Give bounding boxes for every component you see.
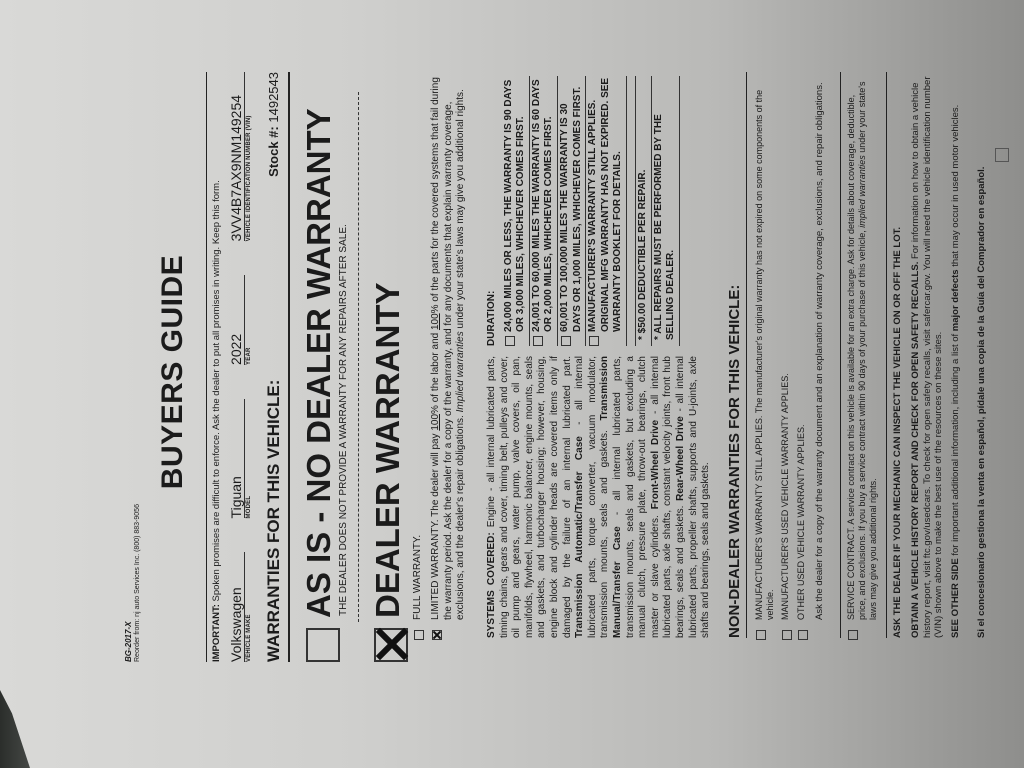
- duration-label: DURATION:: [486, 76, 499, 346]
- fwd-label: Front-Wheel Drive: [650, 420, 661, 509]
- non-dealer-label: MANUFACTURER'S USED VEHICLE WARRANTY APP…: [780, 373, 792, 620]
- duration-option: MANUFACTURER'S WARRANTY STILL APPLIES. O…: [586, 76, 627, 346]
- corner-checkbox: [995, 148, 1009, 162]
- spanish-note: Si el concesionario gestiona la venta en…: [976, 76, 988, 638]
- stock-number: Stock #: 1492543: [266, 72, 281, 177]
- photo-shadow: [0, 690, 30, 768]
- dotted-divider: [358, 92, 359, 622]
- duration-option: 24,001 TO 60,000 MILES THE WARRANTY IS 6…: [530, 76, 558, 346]
- duration-checkbox[interactable]: [589, 336, 599, 346]
- duration-extra-terms: * $50.00 DEDUCTIBLE PER REPAIR. * ALL RE…: [635, 76, 680, 346]
- important-text: Spoken promises are difficult to enforce…: [211, 180, 222, 601]
- as-is-title: AS IS - NO DEALER WARRANTY: [300, 108, 338, 618]
- divider: [840, 72, 841, 638]
- selling-dealer-term: * ALL REPAIRS MUST BE PERFORMED BY THE S…: [652, 76, 680, 346]
- systems-covered: SYSTEMS COVERED: Engine - all internal l…: [486, 356, 713, 638]
- non-dealer-checkbox[interactable]: [756, 630, 766, 640]
- non-dealer-checkbox[interactable]: [782, 630, 792, 640]
- engine-label: Engine: [486, 496, 497, 527]
- limited-warranty-text: LIMITED WARRANTY. The dealer will pay 10…: [430, 76, 468, 620]
- vehicle-make-field: Volkswagen VEHICLE MAKE: [228, 552, 252, 662]
- other-side-text-a: for important additional information, in…: [950, 334, 961, 556]
- history-label: OBTAIN A VEHICLE HISTORY REPORT AND CHEC…: [910, 262, 921, 638]
- vehicle-year-field: 2022 YEAR: [228, 275, 252, 365]
- duration-text: 60,001 TO 100,000 MILES THE WARRANTY IS …: [559, 76, 584, 332]
- as-is-option: AS IS - NO DEALER WARRANTY THE DEALER DO…: [300, 108, 349, 662]
- page-title: BUYERS GUIDE: [156, 62, 190, 682]
- major-defects: major defects: [950, 269, 961, 331]
- vin-label: VEHICLE IDENTIFICATION NUMBER (VIN): [244, 72, 252, 241]
- dealer-warranty-title: DEALER WARRANTY: [369, 283, 407, 619]
- vin-field: 3VV4B7AX9NM149254 VEHICLE IDENTIFICATION…: [228, 72, 252, 241]
- rwd-label: Rear-Wheel Drive: [675, 416, 686, 501]
- stock-label: Stock #:: [266, 126, 281, 177]
- duration-checkbox[interactable]: [561, 336, 571, 346]
- other-side-text-b: that may occur in used motor vehicles.: [950, 105, 961, 267]
- service-implied: implied warranties: [857, 155, 867, 228]
- important-label: IMPORTANT:: [211, 604, 222, 662]
- service-contract-checkbox[interactable]: [848, 630, 858, 640]
- vehicle-make-label: VEHICLE MAKE: [244, 552, 252, 662]
- systems-label: SYSTEMS COVERED:: [486, 532, 497, 638]
- full-warranty-option: FULL WARRANTY.: [412, 76, 425, 640]
- non-dealer-option: OTHER USED VEHICLE WARRANTY APPLIES.: [796, 76, 808, 640]
- trans-label: Transmission Automatic/Transfer Case: [574, 436, 585, 638]
- limited-warranty-checkbox[interactable]: [432, 630, 442, 640]
- vehicle-make: Volkswagen: [228, 552, 244, 662]
- duration-text: 24,001 TO 60,000 MILES THE WARRANTY IS 6…: [531, 76, 556, 332]
- non-dealer-title: NON-DEALER WARRANTIES FOR THIS VEHICLE:: [726, 285, 743, 638]
- implied-warranties: Implied warranties: [455, 331, 466, 412]
- limited-text-a: The dealer will pay: [430, 433, 441, 516]
- vin: 3VV4B7AX9NM149254: [228, 72, 244, 241]
- vehicle-model-label: MODEL: [244, 399, 252, 519]
- non-dealer-option: MANUFACTURER'S WARRANTY STILL APPLIES. T…: [754, 76, 776, 640]
- limited-text-b: % of the labor and: [430, 333, 441, 414]
- divider: [746, 72, 747, 638]
- limited-text-d: under your state's laws may give you add…: [455, 89, 466, 328]
- buyers-guide-page: BG-2017-X Reorder from: nj auto Services…: [114, 62, 994, 682]
- duration-section: DURATION: 24,000 MILES OR LESS, THE WARR…: [486, 76, 680, 346]
- other-side-note: SEE OTHER SIDE for important additional …: [950, 76, 962, 638]
- full-warranty-label: FULL WARRANTY.: [412, 535, 425, 620]
- duration-option: 24,000 MILES OR LESS, THE WARRANTY IS 90…: [502, 76, 530, 346]
- vehicle-model-field: Tiguan MODEL: [228, 399, 252, 519]
- history-note: OBTAIN A VEHICLE HISTORY REPORT AND CHEC…: [910, 76, 945, 638]
- dealer-warranty-option: DEALER WARRANTY: [368, 283, 408, 663]
- as-is-subtitle: THE DEALER DOES NOT PROVIDE A WARRANTY F…: [338, 108, 349, 616]
- divider: [288, 72, 290, 662]
- reorder-info: Reorder from: nj auto Services Inc. (800…: [133, 504, 142, 662]
- duration-checkbox[interactable]: [505, 336, 515, 346]
- warranties-heading: WARRANTIES FOR THIS VEHICLE:: [264, 380, 284, 662]
- vehicle-model: Tiguan: [228, 399, 244, 519]
- non-dealer-label: MANUFACTURER'S WARRANTY STILL APPLIES.: [754, 416, 764, 620]
- dealer-warranty-checkbox[interactable]: [374, 628, 408, 662]
- non-dealer-checkbox[interactable]: [798, 630, 808, 640]
- non-dealer-option: MANUFACTURER'S USED VEHICLE WARRANTY APP…: [780, 76, 792, 640]
- full-warranty-checkbox[interactable]: [414, 630, 424, 640]
- non-dealer-label: OTHER USED VEHICLE WARRANTY APPLIES.: [796, 424, 808, 620]
- ask-copy-note: Ask the dealer for a copy of the warrant…: [814, 76, 826, 620]
- vehicle-year: 2022: [228, 275, 244, 365]
- as-is-checkbox[interactable]: [306, 628, 340, 662]
- mechanic-note: ASK THE DEALER IF YOUR MECHANIC CAN INSP…: [892, 76, 904, 638]
- engine-text: - all internal lubricated parts, timing …: [486, 356, 573, 638]
- duration-option: 60,001 TO 100,000 MILES THE WARRANTY IS …: [558, 76, 586, 346]
- duration-checkbox[interactable]: [533, 336, 543, 346]
- limited-warranty-label: LIMITED WARRANTY.: [430, 519, 441, 620]
- stock-value: 1492543: [266, 72, 281, 123]
- limited-warranty-option: LIMITED WARRANTY. The dealer will pay 10…: [430, 76, 468, 640]
- other-side-label: SEE OTHER SIDE: [950, 558, 961, 638]
- parts-percent: 100: [430, 313, 441, 330]
- vehicle-info: Volkswagen VEHICLE MAKE Tiguan MODEL 202…: [228, 72, 252, 662]
- labor-percent: 100: [430, 414, 441, 431]
- deductible-term: * $50.00 DEDUCTIBLE PER REPAIR.: [636, 76, 652, 346]
- duration-text: MANUFACTURER'S WARRANTY STILL APPLIES. O…: [587, 76, 625, 332]
- form-id: BG-2017-X: [124, 504, 133, 662]
- duration-text: 24,000 MILES OR LESS, THE WARRANTY IS 90…: [503, 76, 528, 332]
- divider: [886, 72, 887, 638]
- important-notice: IMPORTANT: Spoken promises are difficult…: [206, 72, 222, 662]
- form-header: BG-2017-X Reorder from: nj auto Services…: [124, 504, 142, 662]
- vehicle-year-label: YEAR: [244, 275, 252, 365]
- service-contract-option: SERVICE CONTRACT. A service contract on …: [846, 76, 879, 640]
- service-contract-label: SERVICE CONTRACT.: [846, 527, 856, 620]
